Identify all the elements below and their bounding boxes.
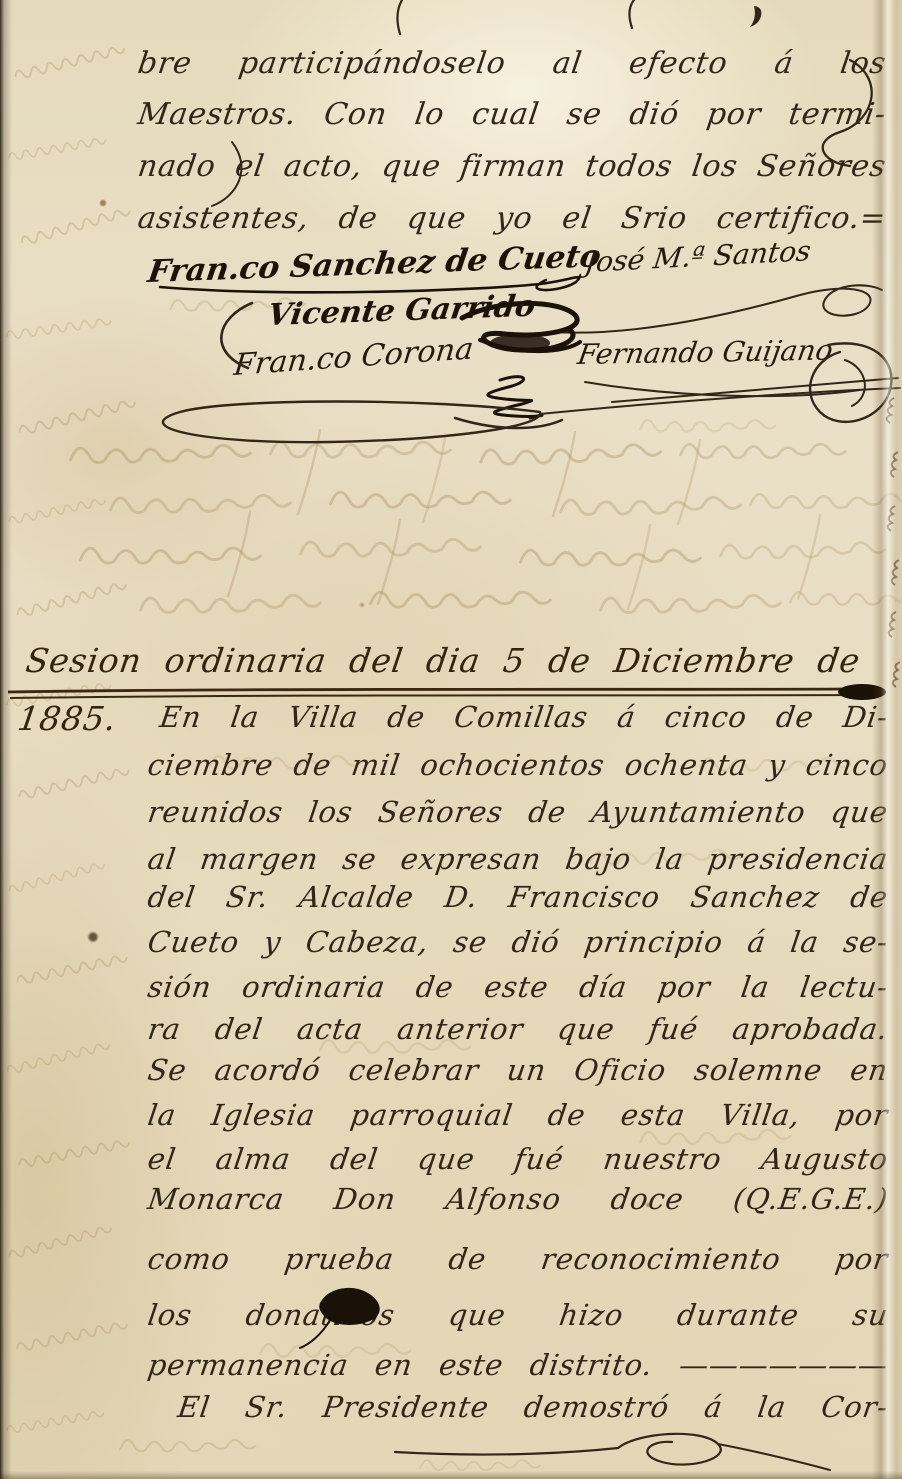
signature-sanchez-de-cueto: Fran.co Sanchez de Cueto [145, 238, 603, 290]
page-left-edge-shadow [0, 0, 12, 1479]
manuscript-line: nado el acto, que firman todos los Señor… [134, 140, 890, 194]
manuscript-line: como prueba de reconocimiento por [144, 1234, 891, 1284]
manuscript-line: ciembre de mil ochocientos ochenta y cin… [144, 740, 891, 790]
signature-vicente-garrido: Vicente Garrido [266, 289, 538, 333]
signature-francisco-corona: Fran.co Corona [232, 332, 475, 383]
manuscript-line: del Sr. Alcalde D. Francisco Sanchez de [144, 872, 891, 922]
manuscript-page: bre participándoselo al efecto á los Mae… [0, 0, 902, 1479]
signature-fernando-guijano: Fernando Guijano [575, 334, 835, 371]
manuscript-line: Cueto y Cabeza, se dió principio á la se… [144, 917, 891, 967]
manuscript-line: Monarca Don Alfonso doce (Q.E.G.E.) [144, 1174, 891, 1224]
manuscript-line: la Iglesia parroquial de esta Villa, por [144, 1090, 891, 1140]
manuscript-line: En la Villa de Comillas á cinco de Di- [144, 692, 891, 742]
manuscript-line: Se acordó celebrar un Oficio solemne en [144, 1045, 891, 1095]
page-bottom-edge-shadow [0, 1471, 902, 1479]
manuscript-line: bre participándoselo al efecto á los [134, 37, 890, 91]
manuscript-line: El Sr. Presidente demostró á la Cor- [144, 1382, 891, 1432]
manuscript-line: Maestros. Con lo cual se dió por termi- [134, 88, 890, 142]
manuscript-line: los donativos que hizo durante su [144, 1290, 891, 1340]
manuscript-line: reunidos los Señores de Ayuntamiento que [144, 787, 891, 837]
